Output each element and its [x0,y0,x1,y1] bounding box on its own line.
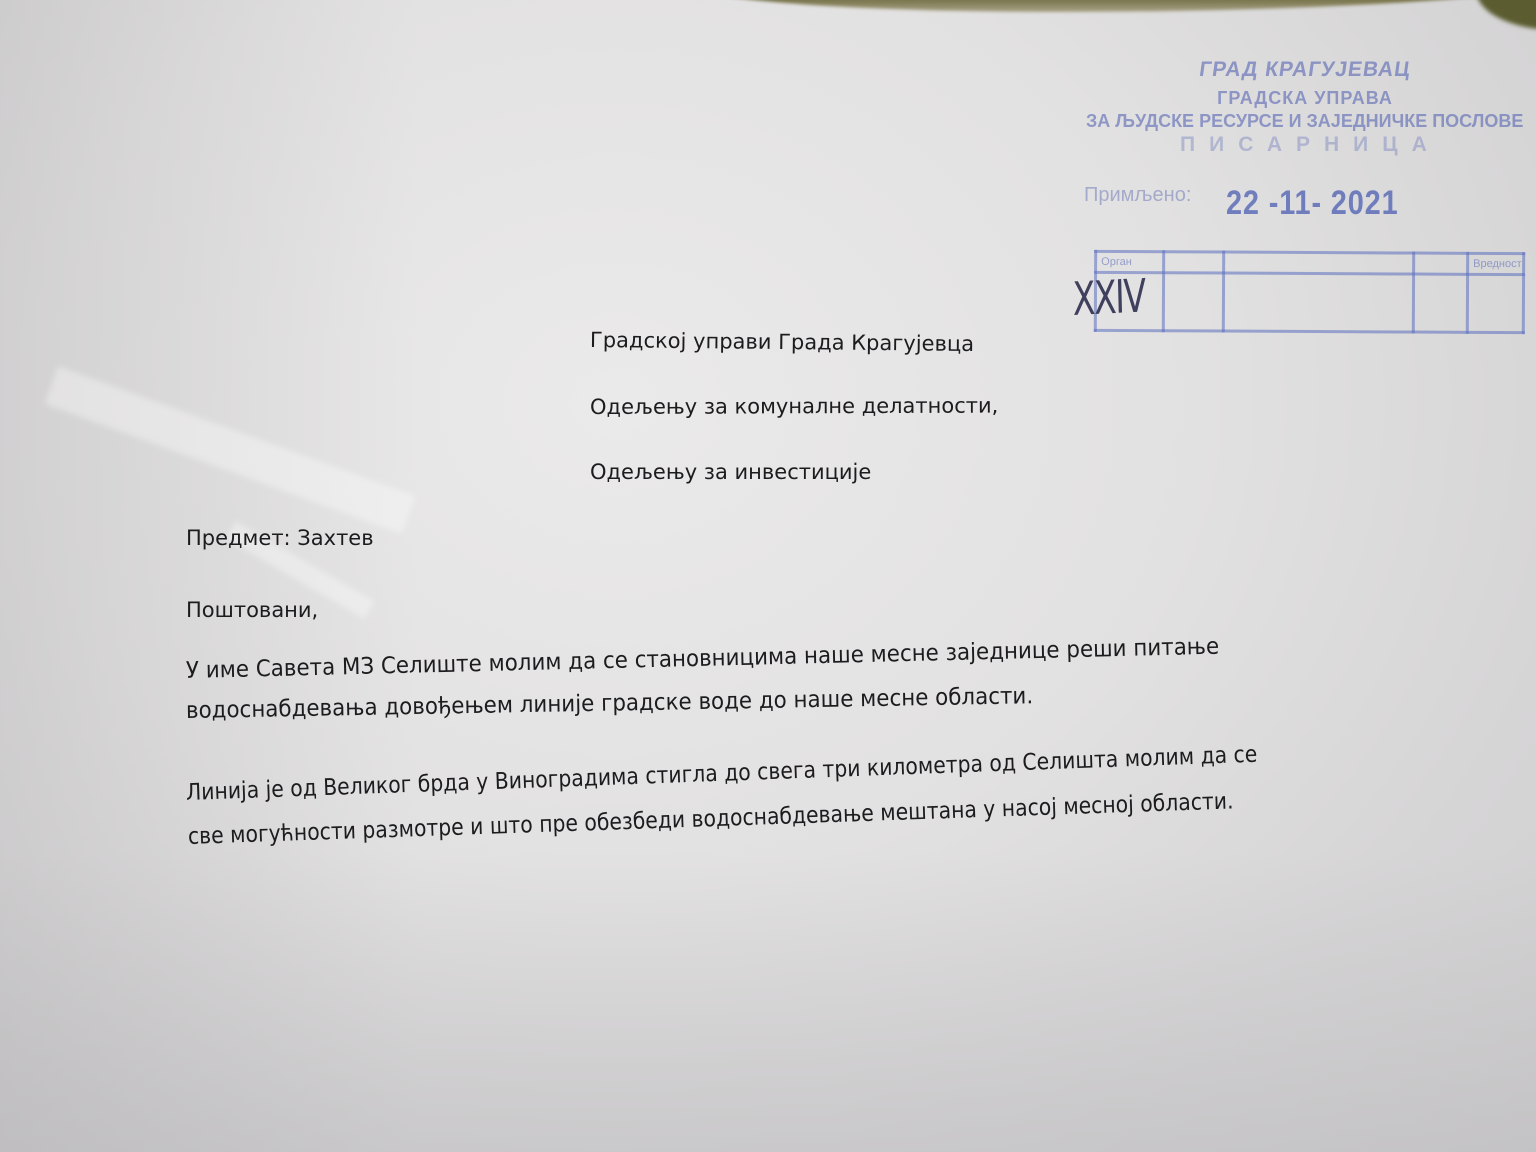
document-photo: ГРАД КРАГУЈЕВАЦ ГРАДСКА УПРАВА ЗА ЉУДСКЕ… [0,0,1536,1152]
stamp-date: 22 -11- 2021 [1226,184,1398,223]
stamp-table-header [1414,253,1468,274]
stamp-department: ЗА ЉУДСКЕ РЕСУРСЕ И ЗАЈЕДНИЧКЕ ПОСЛОВЕ [1086,111,1520,132]
paper-shadow-bottom [0,852,1536,1152]
stamp-city-name: ГРАД КРАГУЈЕВАЦ [1178,58,1431,82]
stamp-registry: ПИСАРНИЦА [1180,133,1430,157]
stamp-table-cell [1413,274,1467,332]
stamp-table-cell [1163,273,1223,331]
recipient-line-3: Одељењу за инвестиције [590,460,871,484]
background-grass-corner [1476,0,1536,30]
subject-line: Предмет: Захтев [186,526,374,550]
stamp-table-header: Вредност [1468,253,1524,274]
background-grass-edge [700,0,1536,12]
stamp-table-header [1224,252,1414,274]
salutation: Поштовани, [186,598,318,622]
stamp-received-label: Примљено: [1084,184,1191,207]
stamp-table-header [1164,252,1224,273]
recipient-line-2: Одељењу за комуналне делатности, [590,394,998,419]
stamp-registry-table: Орган Вредност [1094,250,1525,334]
recipient-line-1: Градској управи Града Крагујевца [590,328,974,356]
handwritten-mark: XXIV [1072,269,1145,326]
stamp-administration: ГРАДСКА УПРАВА [1200,88,1410,109]
stamp-table-cell [1467,274,1523,332]
stamp-table-cell [1223,273,1413,332]
